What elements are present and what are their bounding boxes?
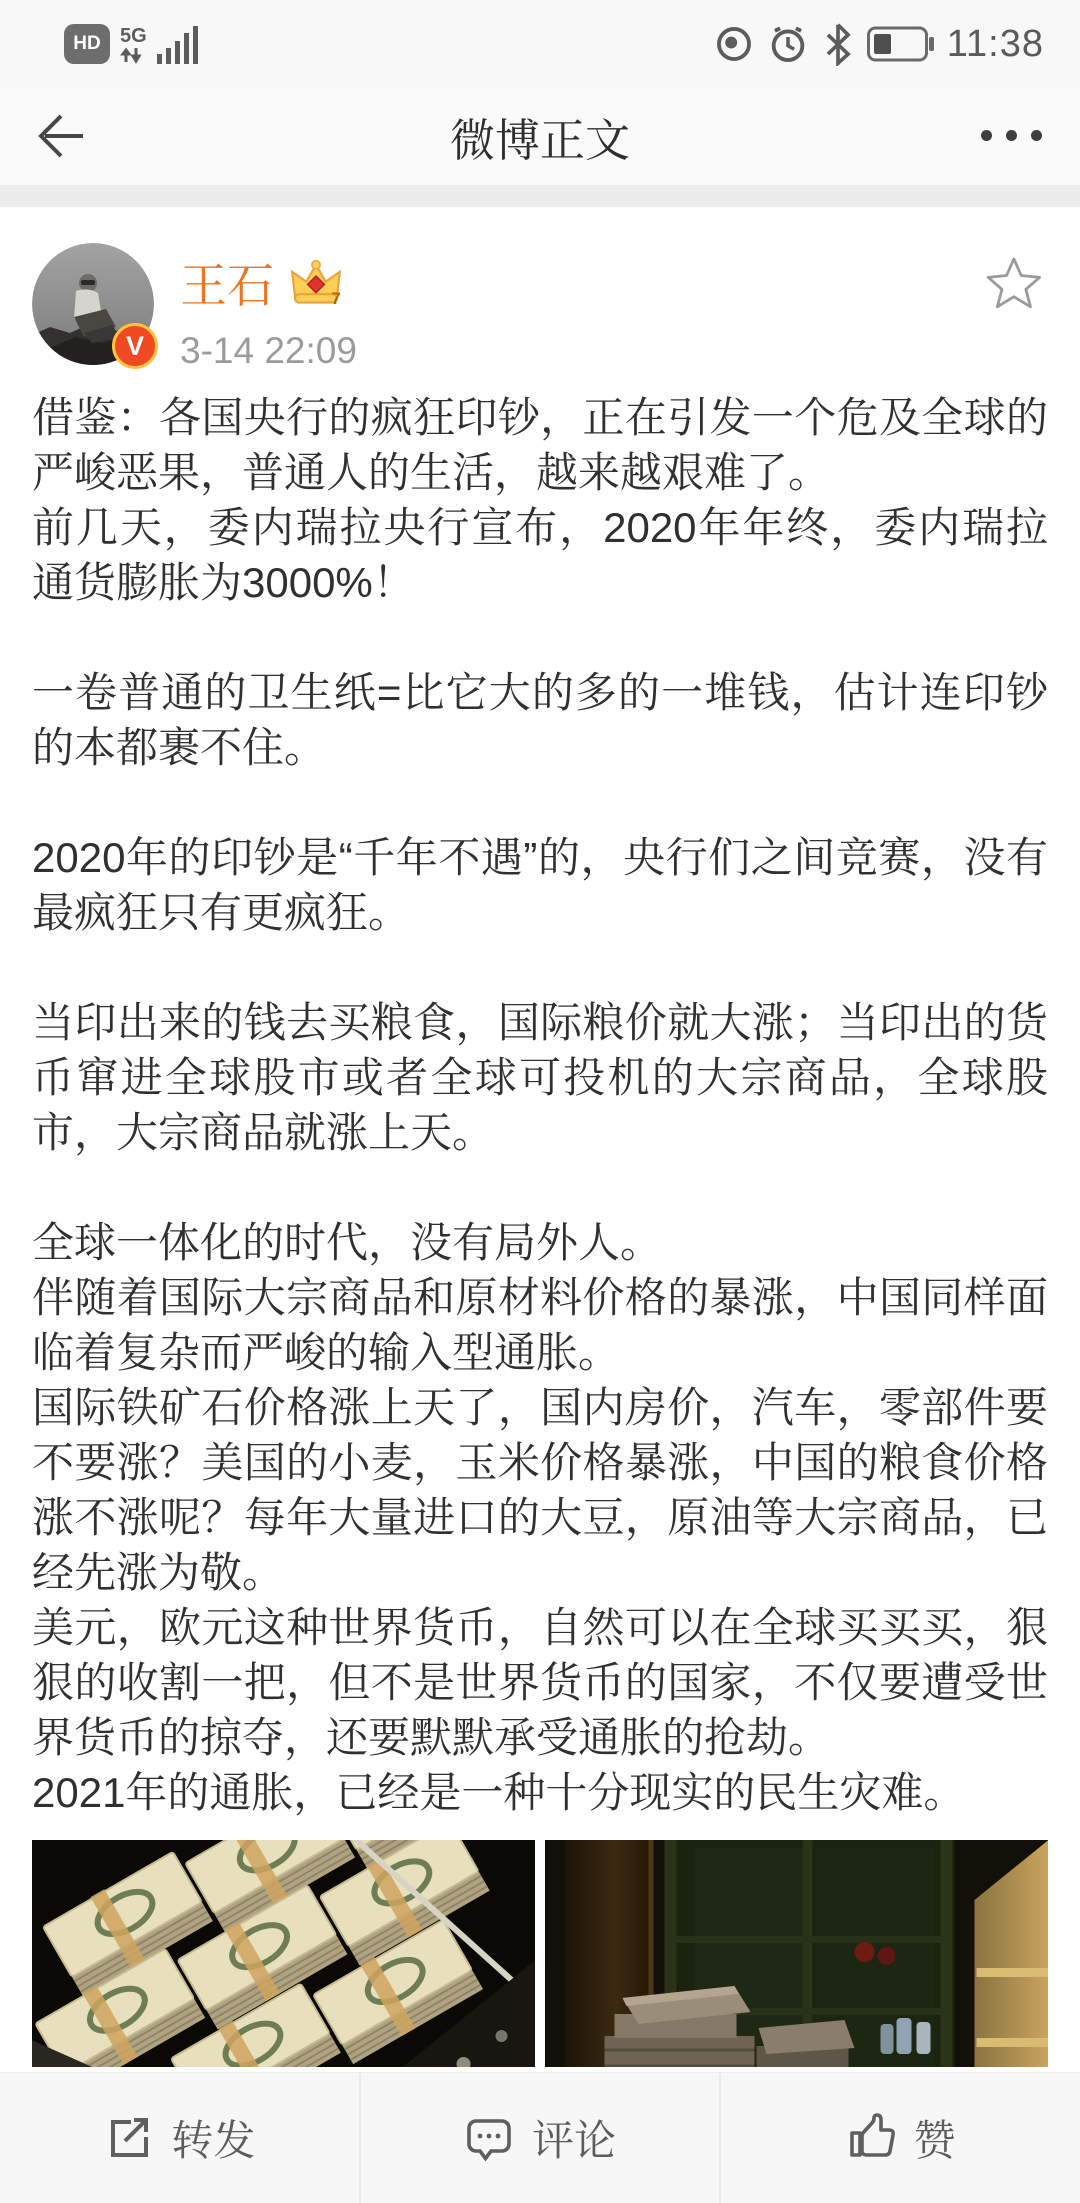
- hd-voice-badge: HD: [64, 24, 110, 64]
- cash-pantry-photo: [545, 1840, 1048, 2067]
- post-image-dollar-bundles[interactable]: [32, 1840, 535, 2067]
- back-arrow-icon: [33, 108, 91, 164]
- like-icon: [846, 2113, 896, 2163]
- post-text: 借鉴：各国央行的疯狂印钞，正在引发一个危及全球的严峻恶果，普通人的生活，越来越艰…: [32, 390, 1048, 1820]
- post-body: V 王石 7 3-14 22:09: [0, 243, 1080, 2067]
- like-label: 赞: [914, 2108, 956, 2168]
- status-right-cluster: 11:38: [713, 22, 1044, 66]
- post-paragraph: 当印出来的钱去买粮食，国际粮价就大涨；当印出的货币窜进全球股市或者全球可投机的大…: [32, 995, 1048, 1160]
- comment-label: 评论: [532, 2108, 616, 2168]
- post-paragraph: 一卷普通的卫生纸=比它大的多的一堆钱，估计连印钞的本都裹不住。: [32, 665, 1048, 775]
- eye-comfort-icon: [713, 23, 755, 65]
- signal-bars-icon: [157, 24, 201, 64]
- repost-icon: [103, 2113, 153, 2163]
- repost-label: 转发: [171, 2108, 255, 2168]
- battery-icon: [867, 26, 935, 62]
- post-paragraph: 全球一体化的时代，没有局外人。 伴随着国际大宗商品和原材料价格的暴涨，中国同样面…: [32, 1215, 1048, 1820]
- page-title: 微博正文: [0, 104, 1080, 169]
- vip-crown-icon: 7: [288, 259, 344, 307]
- more-dot-icon: [981, 130, 992, 141]
- like-button[interactable]: 赞: [719, 2073, 1080, 2203]
- more-dot-icon: [1006, 130, 1017, 141]
- post-image-cash-pantry[interactable]: [545, 1840, 1048, 2067]
- repost-button[interactable]: 转发: [0, 2073, 359, 2203]
- network-indicator: 5G: [120, 26, 147, 64]
- back-button[interactable]: [30, 106, 94, 166]
- status-bar: HD 5G: [0, 0, 1080, 88]
- more-options-button[interactable]: [981, 120, 1042, 151]
- bluetooth-icon: [821, 22, 855, 66]
- status-left-cluster: HD 5G: [64, 24, 201, 64]
- nav-bar: 微博正文: [0, 88, 1080, 185]
- network-type-label: 5G: [120, 26, 147, 46]
- status-clock: 11:38: [947, 23, 1044, 66]
- dollar-bundles-photo: [32, 1840, 535, 2067]
- comment-button[interactable]: 评论: [359, 2073, 720, 2203]
- section-divider: [0, 185, 1080, 207]
- post-image-grid: [32, 1840, 1048, 2067]
- author-block: 王石 7 3-14 22:09: [180, 243, 357, 372]
- favorite-star-icon[interactable]: [984, 253, 1044, 313]
- alarm-icon: [767, 23, 809, 65]
- verified-badge: V: [112, 323, 158, 369]
- author-name[interactable]: 王石: [180, 249, 274, 316]
- vip-level-label: 7: [331, 289, 340, 307]
- more-dot-icon: [1031, 130, 1042, 141]
- action-bar: 转发 评论 赞: [0, 2072, 1080, 2203]
- post-paragraph: 借鉴：各国央行的疯狂印钞，正在引发一个危及全球的严峻恶果，普通人的生活，越来越艰…: [32, 390, 1048, 610]
- data-arrows-icon: [120, 46, 146, 64]
- weibo-post-screen: HD 5G: [0, 0, 1080, 2203]
- post-timestamp: 3-14 22:09: [180, 330, 357, 372]
- author-avatar[interactable]: V: [32, 243, 154, 365]
- post-header: V 王石 7 3-14 22:09: [32, 243, 1048, 372]
- comment-icon: [464, 2113, 514, 2163]
- post-paragraph: 2020年的印钞是“千年不遇”的，央行们之间竞赛，没有最疯狂只有更疯狂。: [32, 830, 1048, 940]
